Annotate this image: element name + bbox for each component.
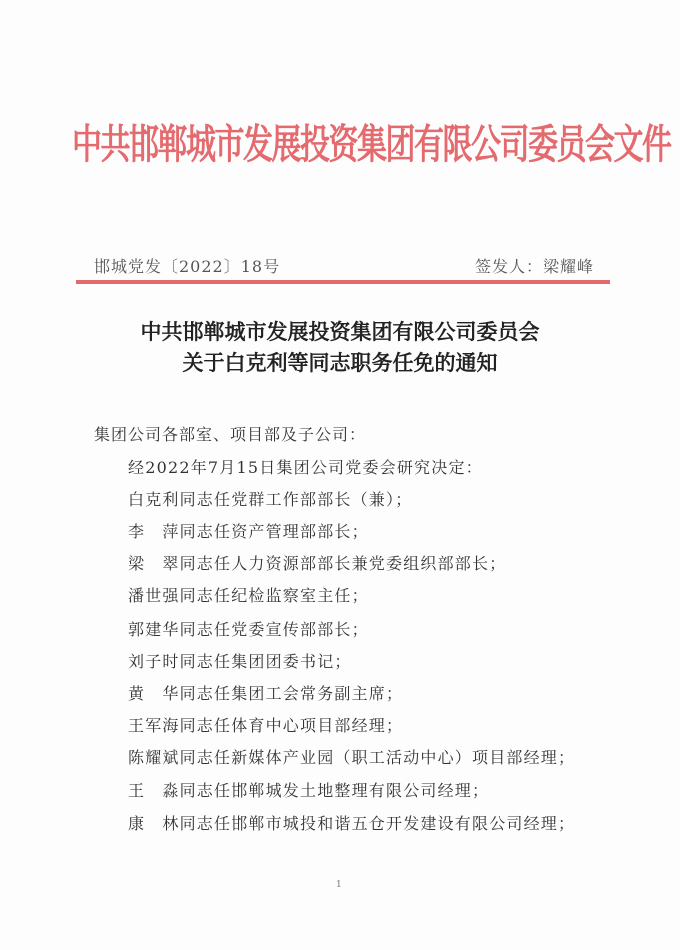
document-number: 邯城党发〔2022〕18号 xyxy=(94,254,280,277)
appointment-line: 白克利同志任党群工作部部长（兼）； xyxy=(128,487,412,510)
appointment-line: 潘世强同志任纪检监察室主任； xyxy=(128,583,369,606)
appointment-line: 康 林同志任邯郸市城投和谐五仓开发建设有限公司经理； xyxy=(128,811,575,834)
signer: 签发人：梁耀峰 xyxy=(475,254,594,277)
page-number: 1 xyxy=(336,880,342,890)
appointment-line: 黄 华同志任集团工会常务副主席； xyxy=(128,681,403,704)
body-line: 经2022年7月15日集团公司党委会研究决定： xyxy=(128,455,483,478)
appointment-line: 梁 翠同志任人力资源部部长兼党委组织部部长； xyxy=(128,551,506,574)
appointment-line: 陈耀斌同志任新媒体产业园（职工活动中心）项目部经理； xyxy=(128,745,575,768)
document-page: 中共邯郸城市发展投资集团有限公司委员会文件 邯城党发〔2022〕18号 签发人：… xyxy=(0,0,680,950)
red-letterhead-title: 中共邯郸城市发展投资集团有限公司委员会文件 xyxy=(72,112,612,180)
appointment-line: 王军海同志任体育中心项目部经理； xyxy=(128,713,403,736)
notice-title-line-2: 关于白克利等同志职务任免的通知 xyxy=(70,347,610,377)
red-divider-line xyxy=(76,280,610,284)
appointment-line: 郭建华同志任党委宣传部部长； xyxy=(128,617,369,640)
appointment-line: 李 萍同志任资产管理部部长； xyxy=(128,519,369,542)
addressee: 集团公司各部室、项目部及子公司： xyxy=(94,422,366,445)
appointment-line: 王 淼同志任邯郸城发土地整理有限公司经理； xyxy=(128,778,489,801)
appointment-line: 刘子时同志任集团团委书记； xyxy=(128,649,352,672)
notice-title-line-1: 中共邯郸城市发展投资集团有限公司委员会 xyxy=(70,316,610,346)
